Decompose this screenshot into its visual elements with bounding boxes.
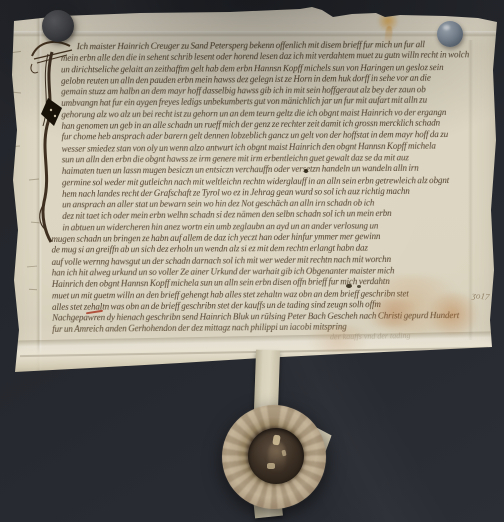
seal-impression [248, 428, 304, 484]
ink-blot [357, 285, 361, 288]
ink-blot [346, 284, 352, 288]
seal-parchment-tag [254, 350, 280, 413]
seal-wax-speck [267, 463, 275, 469]
manuscript-text-block: Ich maister Hainrich Creuger zu Sand Pet… [55, 38, 494, 336]
wax-seal [222, 405, 326, 509]
corner-weight-right [437, 21, 463, 47]
charter-photograph: Ich maister Hainrich Creuger zu Sand Pet… [0, 0, 504, 522]
weight-highlight [443, 25, 450, 30]
ink-blot [304, 169, 308, 173]
corner-weight-left [42, 10, 74, 42]
